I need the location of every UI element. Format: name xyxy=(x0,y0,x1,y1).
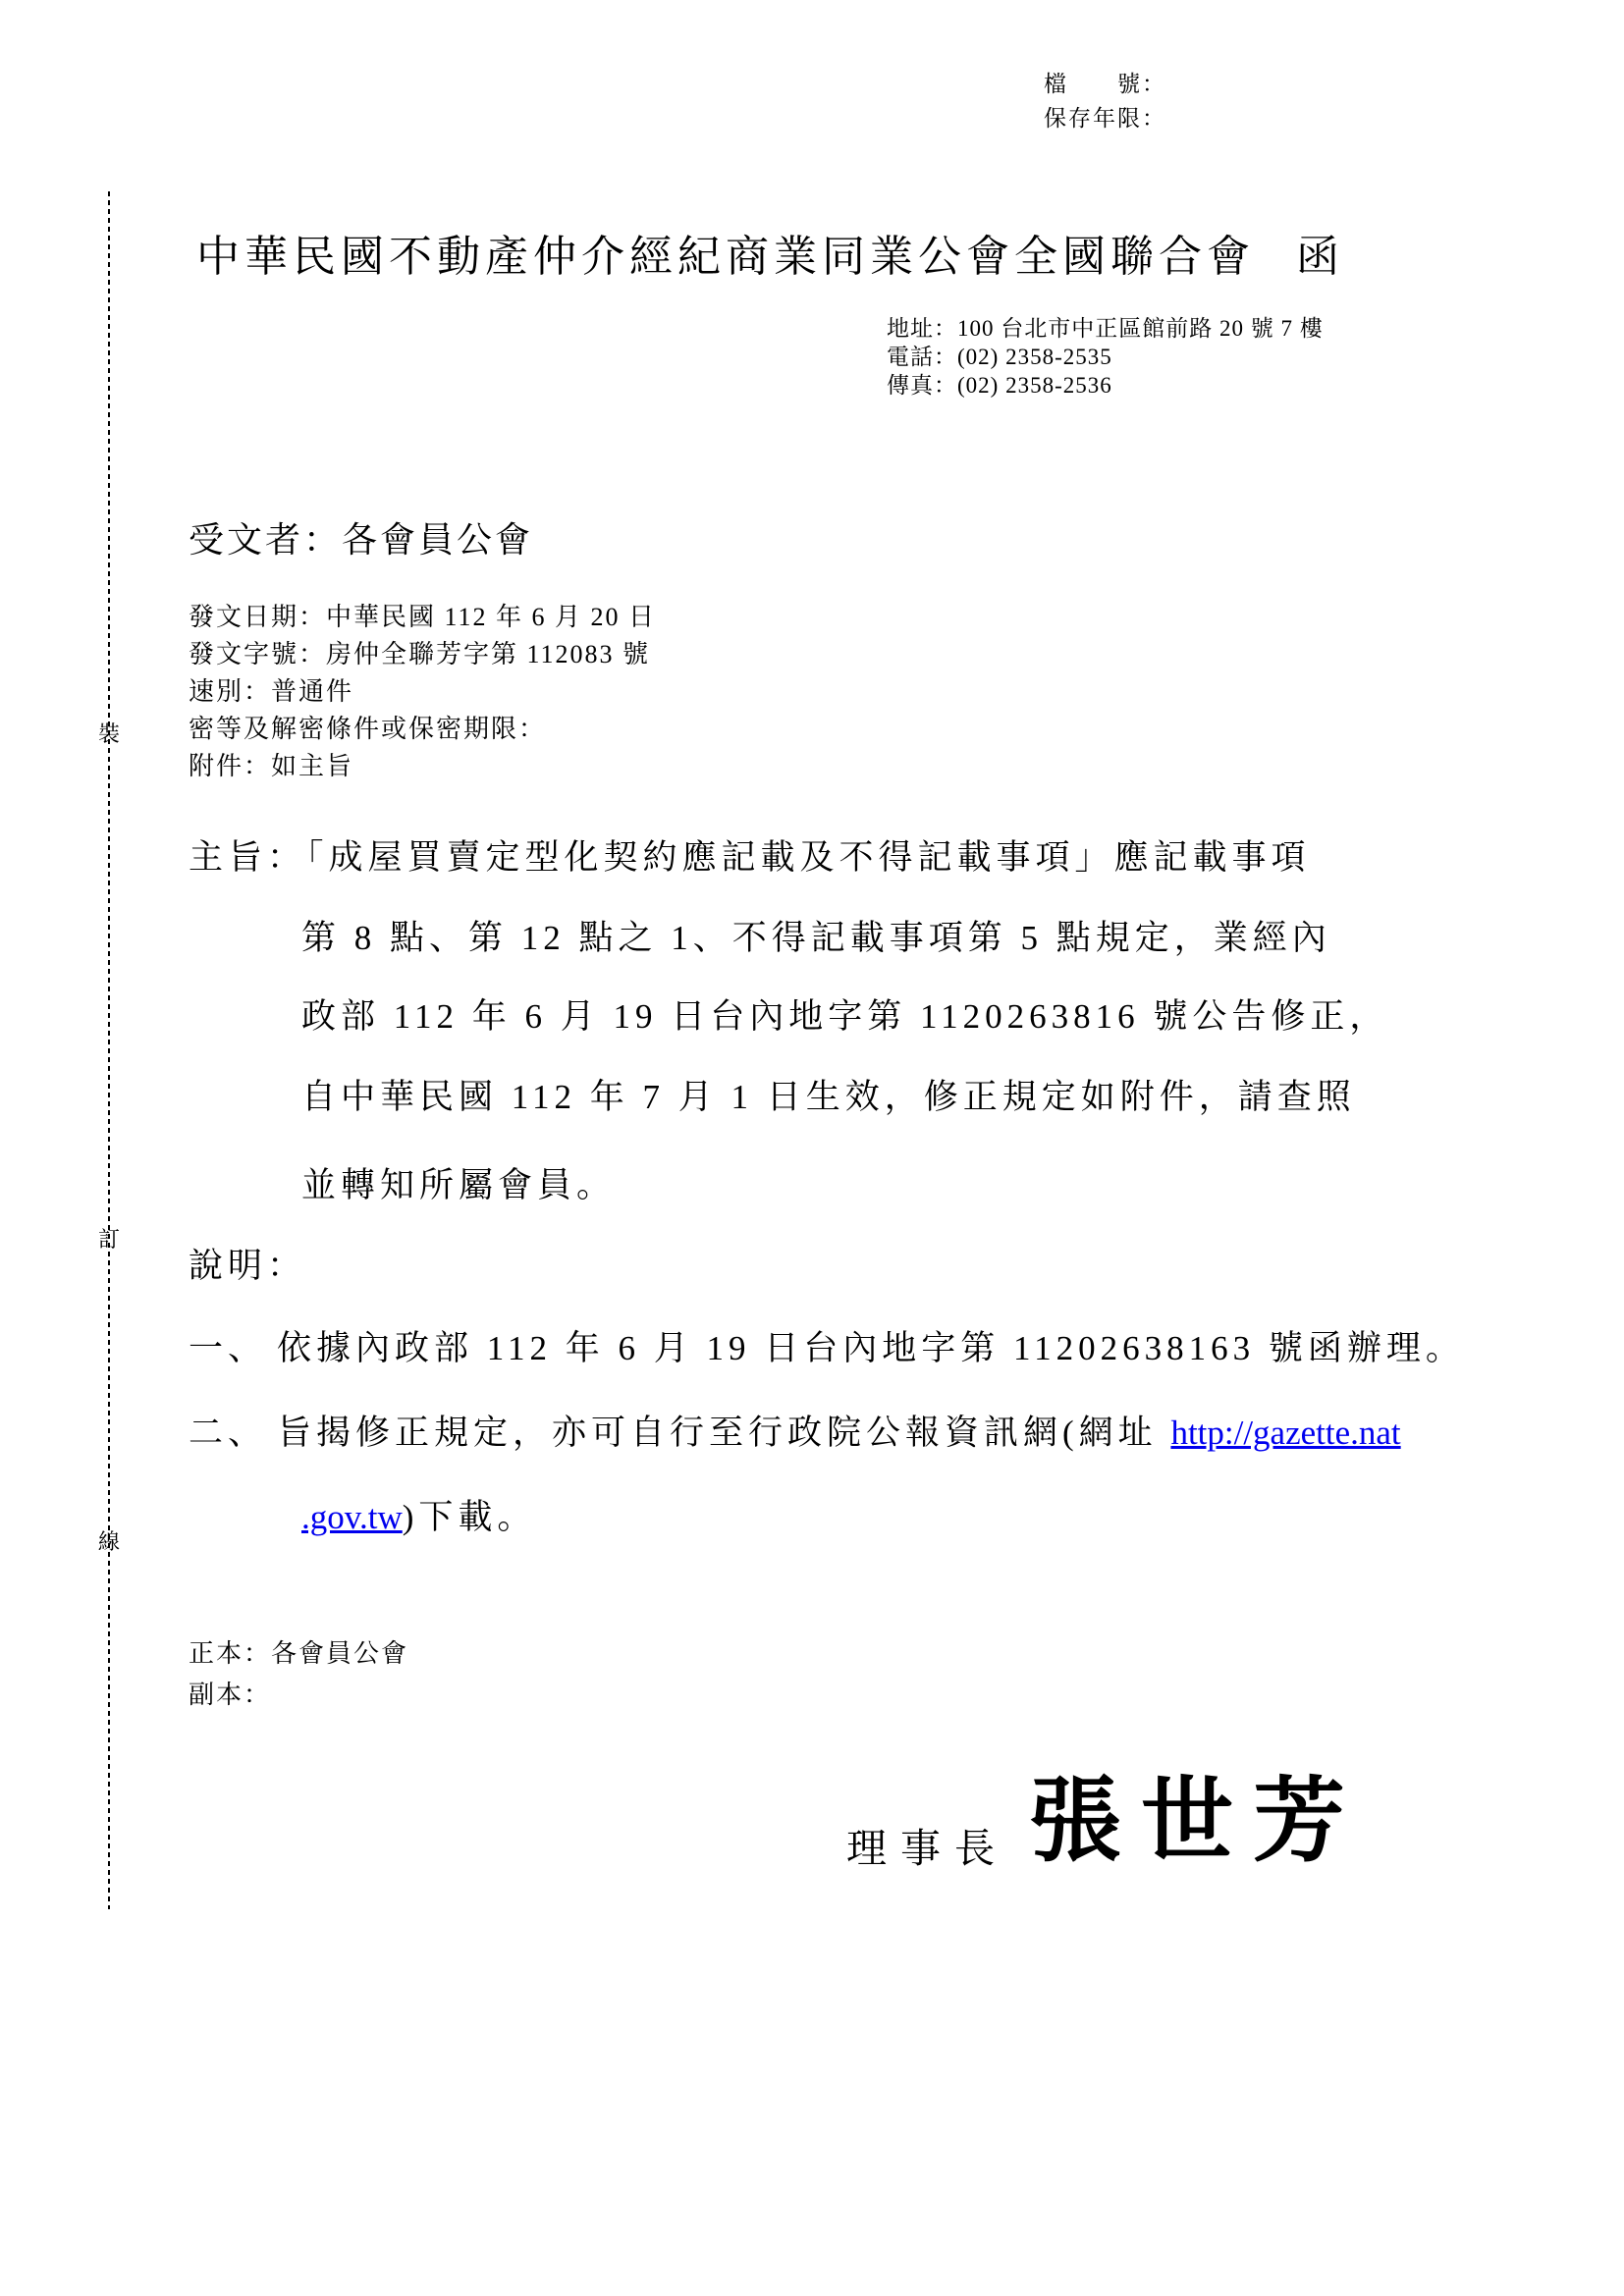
gazette-link-part2[interactable]: .gov.tw xyxy=(301,1498,403,1536)
meta-line-speed: 速別：普通件 xyxy=(189,673,656,711)
contact-block: 地址：100 台北市中正區館前路 20 號 7 樓 電話：(02) 2358-2… xyxy=(887,314,1324,400)
official-letter-page: 檔 號： 保存年限： 中華民國不動產仲介經紀商業同業公會全國聯合會函 地址：10… xyxy=(0,0,1624,2296)
meta-line-doc-number: 發文字號：房仲全聯芳字第 112083 號 xyxy=(189,636,656,673)
phone-line: 電話：(02) 2358-2535 xyxy=(887,343,1324,371)
binding-mark-zhuang: 裝 xyxy=(94,723,124,745)
gazette-link-part1[interactable]: http://gazette.nat xyxy=(1170,1414,1400,1452)
subject-label: 主旨： xyxy=(189,838,306,877)
fax-line: 傳真：(02) 2358-2536 xyxy=(887,371,1324,400)
file-number-label: 檔 號： xyxy=(1044,67,1166,101)
item-2-text-after: )下載。 xyxy=(403,1498,537,1536)
copies-cc: 副本： xyxy=(189,1675,408,1716)
subject-line-5: 並轉知所屬會員。 xyxy=(301,1164,616,1207)
meta-block: 發文日期：中華民國 112 年 6 月 20 日 發文字號：房仲全聯芳字第 11… xyxy=(189,599,656,785)
subject-line-3: 政部 112 年 6 月 19 日台內地字第 1120263816 號公告修正， xyxy=(301,995,1388,1039)
signer-name: 張世芳 xyxy=(1029,1765,1365,1881)
copies-original: 正本：各會員公會 xyxy=(189,1633,408,1675)
item-2-text: 旨揭修正規定，亦可自行至行政院公報資訊網(網址 xyxy=(277,1414,1170,1452)
file-header: 檔 號： 保存年限： xyxy=(1044,67,1166,135)
item-2-number: 二、 xyxy=(189,1414,267,1452)
binding-mark-ding: 訂 xyxy=(94,1229,124,1251)
explanation-item-1: 一、依據內政部 112 年 6 月 19 日台內地字第 11202638163 … xyxy=(189,1327,1465,1370)
item-1-text: 依據內政部 112 年 6 月 19 日台內地字第 11202638163 號函… xyxy=(277,1329,1465,1367)
org-name: 中華民國不動產仲介經紀商業同業公會全國聯合會 xyxy=(196,233,1255,281)
explanation-heading: 說明： xyxy=(189,1245,306,1288)
subject-line-2: 第 8 點、第 12 點之 1、不得記載事項第 5 點規定，業經內 xyxy=(301,917,1331,960)
retention-period-label: 保存年限： xyxy=(1044,101,1166,135)
subject-line-4: 自中華民國 112 年 7 月 1 日生效，修正規定如附件，請查照 xyxy=(301,1076,1356,1119)
subject-text-1: 「成屋買賣定型化契約應記載及不得記載事項」應記載事項 xyxy=(306,838,1311,877)
address-line: 地址：100 台北市中正區館前路 20 號 7 樓 xyxy=(887,314,1324,343)
meta-line-attachment: 附件：如主旨 xyxy=(189,748,656,785)
meta-line-date: 發文日期：中華民國 112 年 6 月 20 日 xyxy=(189,599,656,636)
doc-type-label: 函 xyxy=(1296,233,1344,281)
signer-title: 理事長 xyxy=(846,1824,1008,1874)
copies-block: 正本：各會員公會 副本： xyxy=(189,1633,408,1716)
explanation-item-2: 二、旨揭修正規定，亦可自行至行政院公報資訊網(網址 http://gazette… xyxy=(189,1412,1401,1455)
binding-mark-xian: 線 xyxy=(94,1531,124,1553)
binding-dashed-line xyxy=(108,191,110,1909)
letter-title: 中華民國不動產仲介經紀商業同業公會全國聯合會函 xyxy=(196,230,1344,284)
explanation-item-2-wrap: .gov.tw)下載。 xyxy=(301,1496,536,1539)
meta-line-security: 密等及解密條件或保密期限： xyxy=(189,711,656,748)
item-1-number: 一、 xyxy=(189,1329,267,1367)
recipient-line: 受文者：各會員公會 xyxy=(189,518,533,562)
subject-line-1: 主旨：「成屋買賣定型化契約應記載及不得記載事項」應記載事項 xyxy=(189,836,1311,880)
